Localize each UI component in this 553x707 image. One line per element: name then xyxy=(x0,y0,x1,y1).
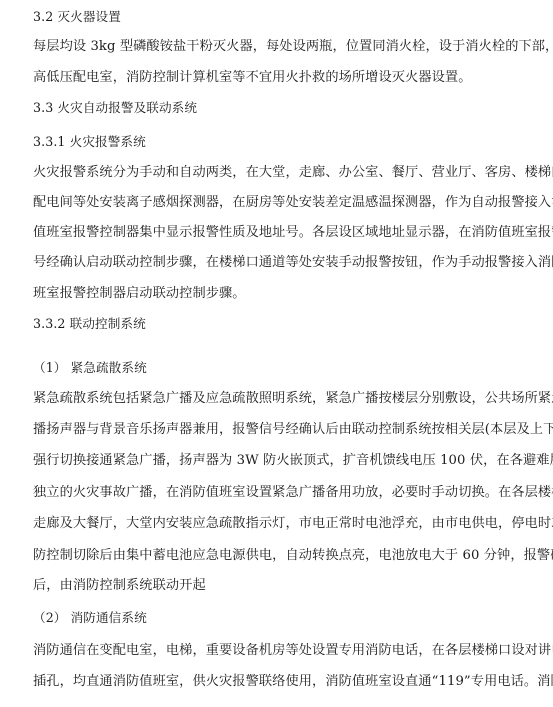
paragraph-line: 号经确认启动联动控制步骤，在楼梯口通道等处安装手动报警按钮，作为手动报警接入消防… xyxy=(33,255,515,271)
paragraph-line: 值班室报警控制器集中显示报警性质及地址号。各层设区域地址显示器，在消防值班室报警… xyxy=(33,225,515,241)
paragraph-line: 火灾报警系统分为手动和自动两类，在大堂，走廊、办公室、餐厅、营业厅、客房、楼梯间… xyxy=(33,165,515,181)
section-heading-3-3-2: 3.3.2 联动控制系统 xyxy=(33,316,146,332)
paragraph-line: 配电间等处安装离子感烟探测器，在厨房等处安装差定温感温探测器，作为自动报警接入消… xyxy=(33,195,515,211)
paragraph-line: 走廊及大餐厅，大堂内安装应急疏散指示灯，市电正常时电池浮充，由市电供电，停电时或… xyxy=(33,516,515,532)
document-page: 3.2 灭火器设置 每层均设 3kg 型磷酸铵盐干粉灭火器，每处设两瓶，位置同消… xyxy=(0,0,553,707)
paragraph-line: 紧急疏散系统包括紧急广播及应急疏散照明系统，紧急广播按楼层分别敷设，公共场所紧急… xyxy=(33,391,515,407)
subsection-heading-1: （1） 紧急疏散系统 xyxy=(33,360,147,376)
paragraph-line: 每层均设 3kg 型磷酸铵盐干粉灭火器，每处设两瓶，位置同消火栓，设于消火栓的下… xyxy=(33,39,515,55)
paragraph-line: 消防通信在变配电室，电梯，重要设备机房等处设置专用消防电话，在各层楼梯口设对讲电… xyxy=(33,643,515,659)
subsection-heading-2: （2） 消防通信系统 xyxy=(33,610,147,626)
paragraph-line: 防控制切除后由集中蓄电池应急电源供电，自动转换点亮，电池放电大于 60 分钟，报… xyxy=(33,548,515,564)
paragraph-line: 播扬声器与背景音乐扬声器兼用，报警信号经确认后由联动控制系统按相关层(本层及上下… xyxy=(33,422,515,438)
section-heading-3-3: 3.3 火灾自动报警及联动系统 xyxy=(33,100,197,116)
paragraph-line: 强行切换接通紧急广播，扬声器为 3W 防火嵌顶式，扩音机馈线电压 100 伏，在… xyxy=(33,453,515,469)
paragraph-line: 后，由消防控制系统联动开起 xyxy=(33,578,206,594)
paragraph-line: 独立的火灾事故广播，在消防值班室设置紧急广播备用功放，必要时手动切换。在各层楼梯… xyxy=(33,485,515,501)
section-heading-3-2: 3.2 灭火器设置 xyxy=(33,9,121,25)
section-heading-3-3-1: 3.3.1 火灾报警系统 xyxy=(33,134,146,150)
paragraph-line: 插孔，均直通消防值班室，供火灾报警联络使用，消防值班室设直通“119”专用电话。… xyxy=(33,674,515,690)
paragraph-line: 班室报警控制器启动联动控制步骤。 xyxy=(33,286,246,302)
paragraph-line: 高低压配电室，消防控制计算机室等不宜用火扑救的场所增设灭火器设置。 xyxy=(33,70,471,86)
